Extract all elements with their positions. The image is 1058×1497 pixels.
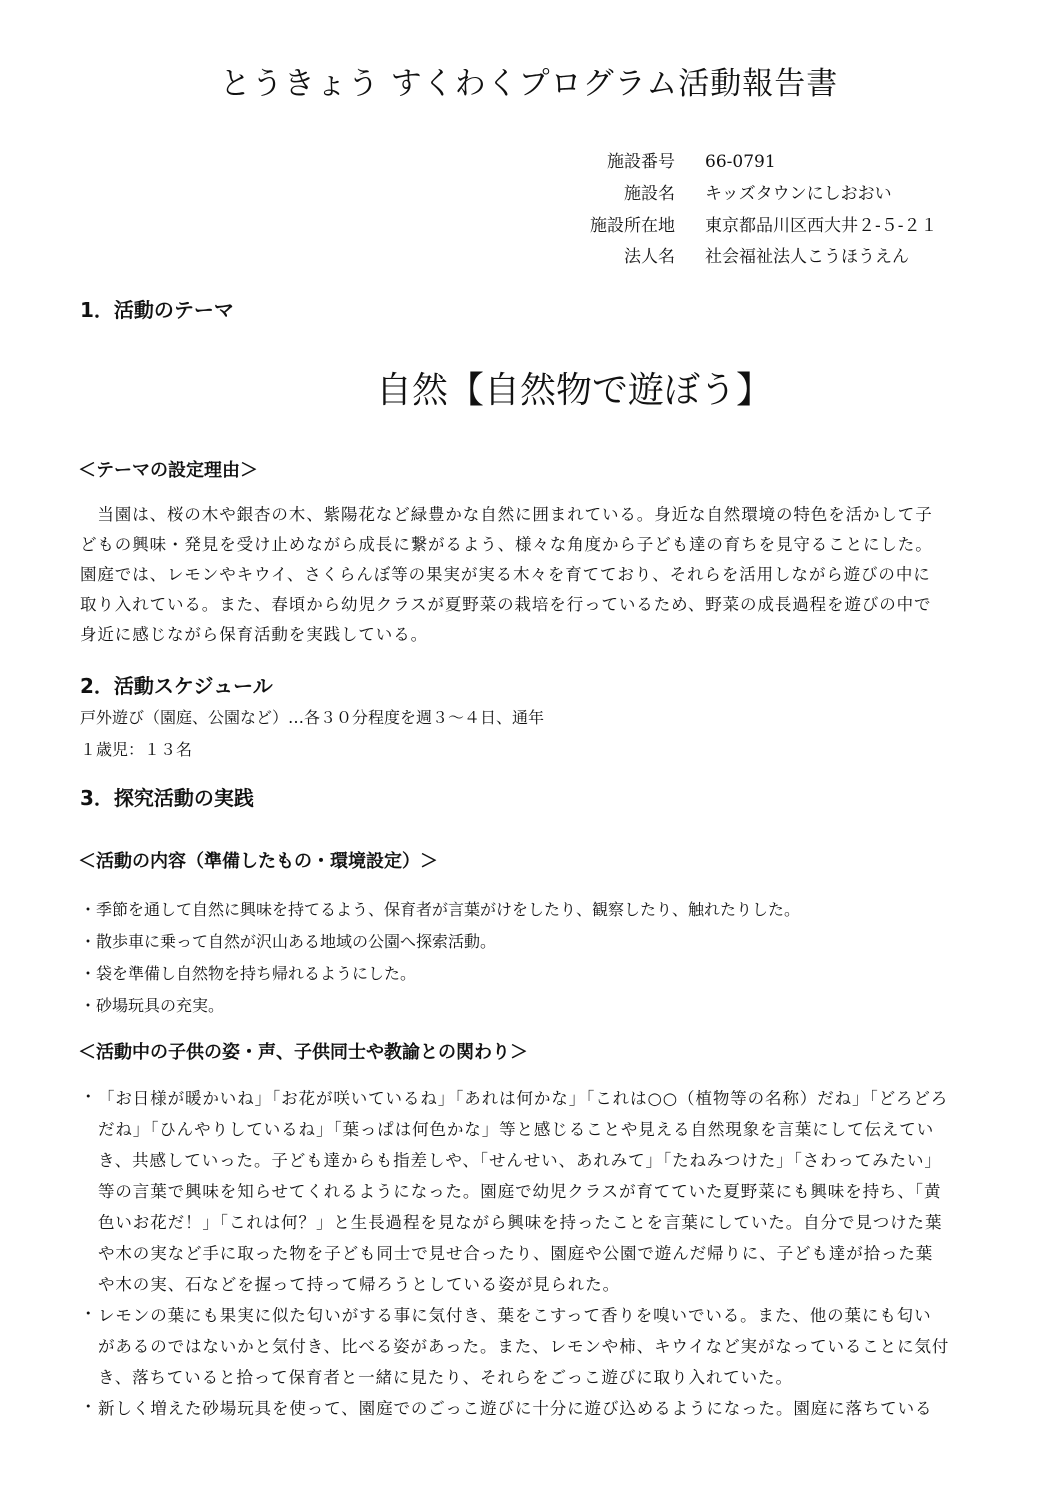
list-item: ・袋を準備し自然物を持ち帰れるようにした。 <box>80 961 416 984</box>
facility-name-label: 施設名 <box>575 179 675 209</box>
text-line: だね」「ひんやりしているね」「葉っぱは何色かな」等と感じることや見える自然現象を… <box>80 1114 1010 1145</box>
activity-theme: 自然【自然物で遊ぼう】 <box>0 362 1058 413</box>
document-title: とうきょう すくわくプログラム活動報告書 <box>0 58 1058 103</box>
bullet: ・ <box>80 1083 97 1107</box>
section3-heading: 3．探究活動の実践 <box>80 782 254 811</box>
facility-address-value: 東京都品川区西大井２-５-２１ <box>705 211 938 241</box>
reason-line: 身近に感じながら保育活動を実践している。 <box>80 620 995 650</box>
facility-address-row: 施設所在地東京都品川区西大井２-５-２１ <box>575 211 938 241</box>
text-line: や木の実など手に取った物を子ども同士で見せ合ったり、園庭や公園で遊んだ帰りに、子… <box>80 1238 1010 1269</box>
list-item: ・砂場玩具の充実。 <box>80 993 224 1016</box>
facility-number-row: 施設番号66-0791 <box>575 147 776 177</box>
text-line: き、共感していった。子ども達からも指差しや、「せんせい、あれみて」「たねみつけた… <box>80 1145 1010 1176</box>
text-line: や木の実、石などを握って持って帰ろうとしている姿が見られた。 <box>80 1269 1010 1300</box>
text-line: き、落ちていると拾って保育者と一緒に見たり、それらをごっこ遊びに取り入れていた。 <box>80 1362 1010 1393</box>
facility-name-value: キッズタウンにしおおい <box>705 179 892 209</box>
list-item: ・ 「お日様が暖かいね」「お花が咲いているね」「あれは何かな」「これは○○（植物… <box>80 1083 1010 1300</box>
facility-number-label: 施設番号 <box>575 147 675 177</box>
text-line: があるのではないかと気付き、比べる姿があった。また、レモンや柿、キウイなど実がな… <box>80 1331 1010 1362</box>
corporation-label: 法人名 <box>575 242 675 272</box>
reason-line: 当園は、桜の木や銀杏の木、紫陽花など緑豊かな自然に囲まれている。身近な自然環境の… <box>80 500 995 530</box>
facility-address-label: 施設所在地 <box>575 211 675 241</box>
reason-line: 園庭では、レモンやキウイ、さくらんぼ等の果実が実る木々を育てており、それらを活用… <box>80 560 995 590</box>
section1-heading: 1．活動のテーマ <box>80 294 234 323</box>
reason-line: どもの興味・発見を受け止めながら成長に繋がるよう、様々な角度から子ども達の育ちを… <box>80 530 995 560</box>
children-interaction-list: ・ 「お日様が暖かいね」「お花が咲いているね」「あれは何かな」「これは○○（植物… <box>80 1083 1010 1424</box>
activity-content-heading: ＜活動の内容（準備したもの・環境設定）＞ <box>78 847 438 873</box>
reason-line: 取り入れている。また、春頃から幼児クラスが夏野菜の栽培を行っているため、野菜の成… <box>80 590 995 620</box>
text-line: 「お日様が暖かいね」「お花が咲いているね」「あれは何かな」「これは○○（植物等の… <box>80 1083 1010 1114</box>
theme-reason-text: 当園は、桜の木や銀杏の木、紫陽花など緑豊かな自然に囲まれている。身近な自然環境の… <box>80 500 995 650</box>
bullet: ・ <box>80 1393 97 1417</box>
schedule-text: 戸外遊び（園庭、公園など）…各３０分程度を週３～４日、通年 <box>80 705 544 728</box>
text-line: 新しく増えた砂場玩具を使って、園庭でのごっこ遊びに十分に遊び込めるようになった。… <box>80 1393 1010 1424</box>
corporation-row: 法人名社会福祉法人こうほうえん <box>575 242 909 272</box>
text-line: 等の言葉で興味を知らせてくれるようになった。園庭で幼児クラスが育てていた夏野菜に… <box>80 1176 1010 1207</box>
text-line: 色いお花だ！」「これは何？」と生長過程を見ながら興味を持ったことを言葉にしていた… <box>80 1207 1010 1238</box>
corporation-value: 社会福祉法人こうほうえん <box>705 242 909 272</box>
participants-text: １歳児：１３名 <box>80 737 192 760</box>
theme-reason-heading: ＜テーマの設定理由＞ <box>78 456 258 482</box>
facility-name-row: 施設名キッズタウンにしおおい <box>575 179 892 209</box>
list-item: ・ レモンの葉にも果実に似た匂いがする事に気付き、葉をこすって香りを嗅いでいる。… <box>80 1300 1010 1393</box>
list-item: ・ 新しく増えた砂場玩具を使って、園庭でのごっこ遊びに十分に遊び込めるようになっ… <box>80 1393 1010 1424</box>
list-item: ・散歩車に乗って自然が沢山ある地域の公園へ探索活動。 <box>80 929 496 952</box>
facility-number-value: 66-0791 <box>705 147 776 177</box>
list-item: ・季節を通して自然に興味を持てるよう、保育者が言葉がけをしたり、観察したり、触れ… <box>80 897 800 920</box>
text-line: レモンの葉にも果実に似た匂いがする事に気付き、葉をこすって香りを嗅いでいる。また… <box>80 1300 1010 1331</box>
bullet: ・ <box>80 1300 97 1324</box>
children-interaction-heading: ＜活動中の子供の姿・声、子供同士や教諭との関わり＞ <box>78 1038 528 1064</box>
section2-heading: 2．活動スケジュール <box>80 670 273 699</box>
